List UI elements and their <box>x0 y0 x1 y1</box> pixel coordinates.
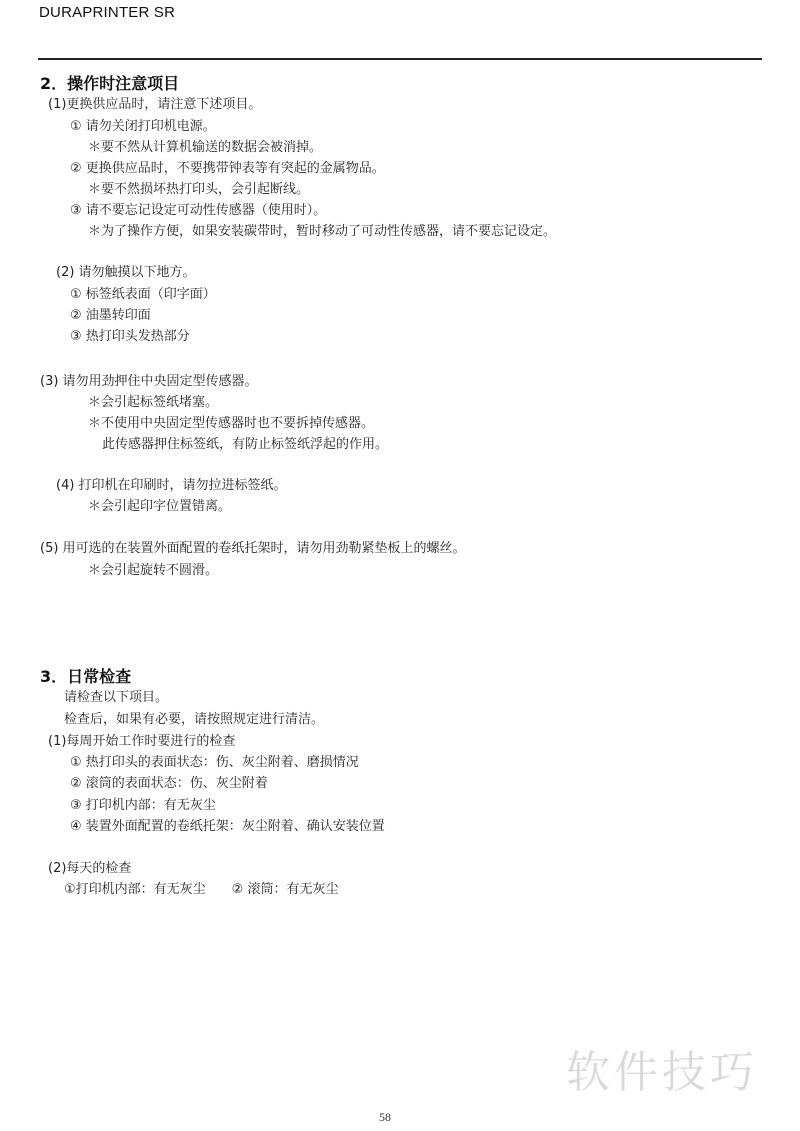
list-item: ① 热打印头的表面状态：伤、灰尘附着、磨损情况 <box>70 755 359 771</box>
page-number: 58 <box>379 1110 391 1125</box>
list-item: (1)更换供应品时，请注意下述项目。 <box>48 97 261 113</box>
note-item: ＊要不然损坏热打印头，会引起断线。 <box>88 182 309 198</box>
watermark: 软件技巧 <box>566 1036 758 1100</box>
note-item: ＊为了操作方便，如果安装碳带时，暂时移动了可动性传感器，请不要忘记设定。 <box>88 224 556 240</box>
header-divider <box>38 58 762 60</box>
list-item: ③ 热打印头发热部分 <box>70 329 190 345</box>
list-item: (1)每周开始工作时要进行的检查 <box>48 734 235 750</box>
section-2-heading: 2．操作时注意项目 <box>40 74 179 94</box>
document-header-title: DURAPRINTER SR <box>39 4 175 21</box>
list-item: ③ 请不要忘记设定可动性传感器（使用时）。 <box>70 203 326 219</box>
note-item: ＊会引起印字位置错离。 <box>88 499 231 515</box>
list-item: (4) 打印机在印刷时，请勿拉进标签纸。 <box>56 478 287 494</box>
list-item: ④ 装置外面配置的卷纸托架：灰尘附着、确认安装位置 <box>70 819 385 835</box>
section-3-heading: 3．日常检查 <box>40 667 131 687</box>
list-item: ② 滚筒的表面状态：伤、灰尘附着 <box>70 776 268 792</box>
list-item: (2)每天的检查 <box>48 861 131 877</box>
list-item: ① 请勿关闭打印机电源。 <box>70 119 216 135</box>
list-item: (3) 请勿用劲押住中央固定型传感器。 <box>40 374 258 390</box>
note-item: ＊会引起标签纸堵塞。 <box>88 395 218 411</box>
note-item: ＊不使用中央固定型传感器时也不要拆掉传感器。 <box>88 416 374 432</box>
paragraph: 检查后，如果有必要，请按照规定进行清洁。 <box>64 712 324 728</box>
note-item: ＊要不然从计算机输送的数据会被消掉。 <box>88 140 322 156</box>
note-item: 此传感器押住标签纸，有防止标签纸浮起的作用。 <box>102 437 388 453</box>
list-item: ③ 打印机内部：有无灰尘 <box>70 798 216 814</box>
list-item: ② 更换供应品时，不要携带钟表等有突起的金属物品。 <box>70 161 385 177</box>
note-item: ＊会引起旋转不圆滑。 <box>88 563 218 579</box>
list-item: (2) 请勿触摸以下地方。 <box>56 265 196 281</box>
list-item: ② 油墨转印面 <box>70 308 151 324</box>
list-item: ① 标签纸表面（印字面） <box>70 287 216 303</box>
paragraph: 请检查以下项目。 <box>64 690 168 706</box>
list-item: ①打印机内部：有无灰尘 ② 滚筒：有无灰尘 <box>64 882 338 898</box>
list-item: (5) 用可选的在装置外面配置的卷纸托架时，请勿用劲勒紧垫板上的螺丝。 <box>40 541 466 557</box>
